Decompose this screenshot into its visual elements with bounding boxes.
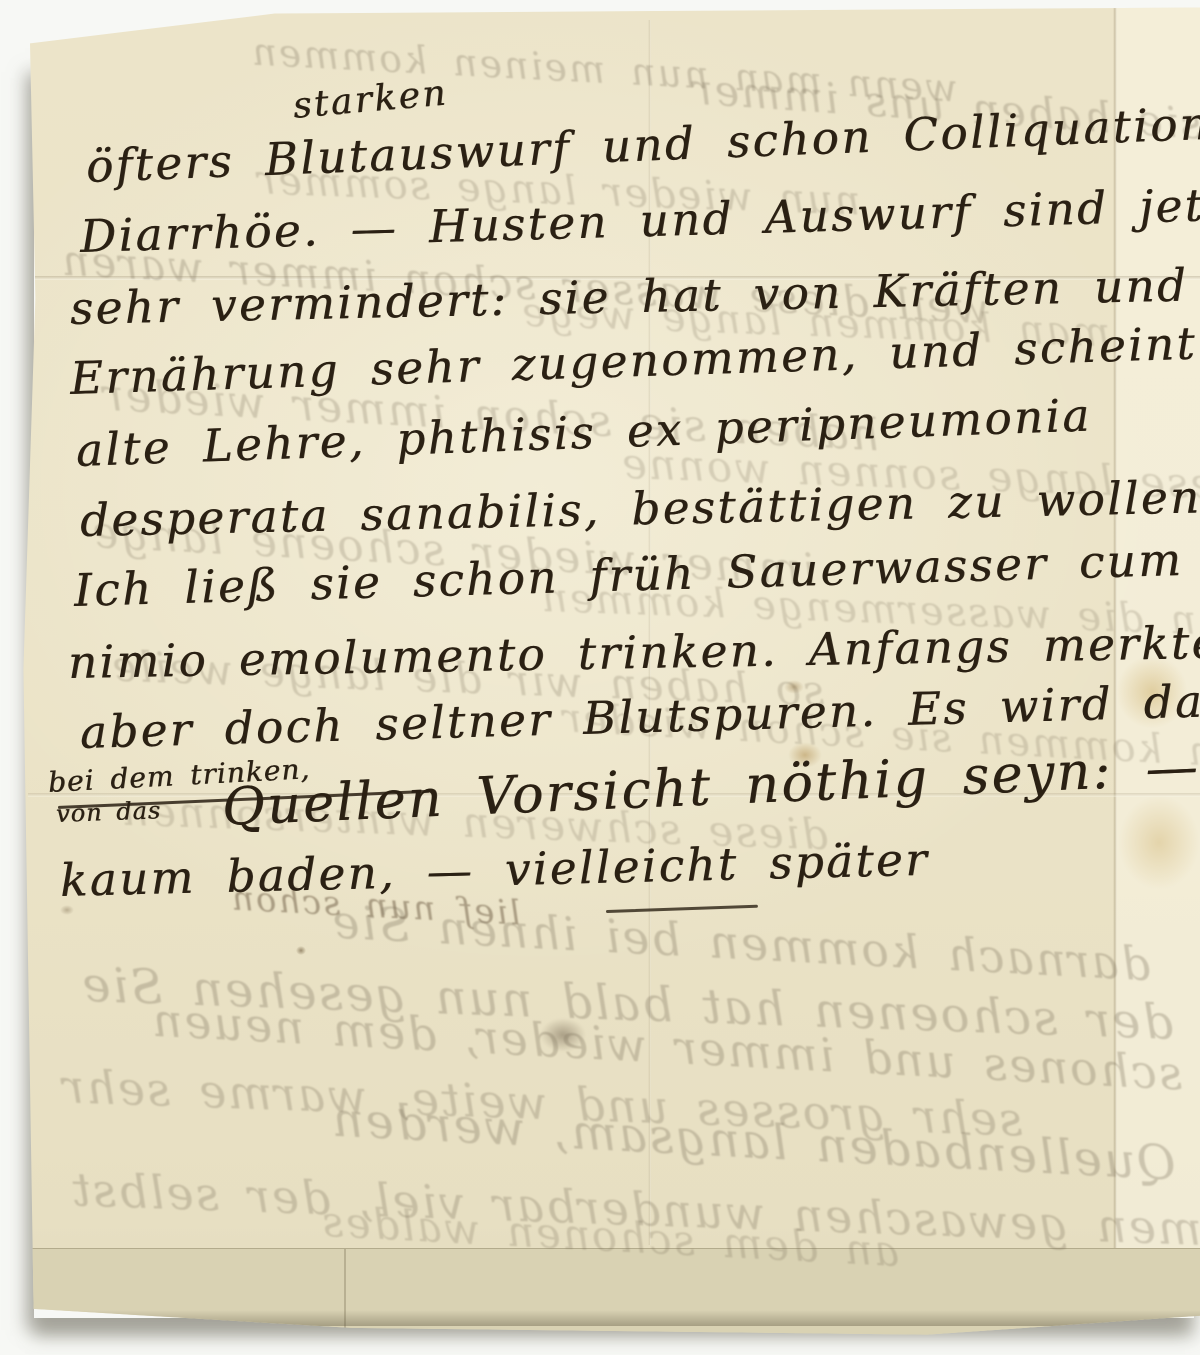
manuscript-line: nimio emolumento trinken. Anfangs merkte… [68,615,1200,689]
tan-stain [1118,795,1200,890]
underline-flourish [606,905,758,913]
manuscript-line: kaum baden, — vielleicht später [59,833,929,907]
paper-bottom-edge-shading [24,1310,1200,1326]
ink-speck [296,946,306,955]
manuscript-line: starken [291,73,449,127]
interline-insertion: von das [56,796,162,828]
letter-photo: wenn man nun meinen kommen sie haben uns… [0,0,1200,1355]
letter-sheet: wenn man nun meinen kommen sie haben uns… [0,0,1200,1355]
